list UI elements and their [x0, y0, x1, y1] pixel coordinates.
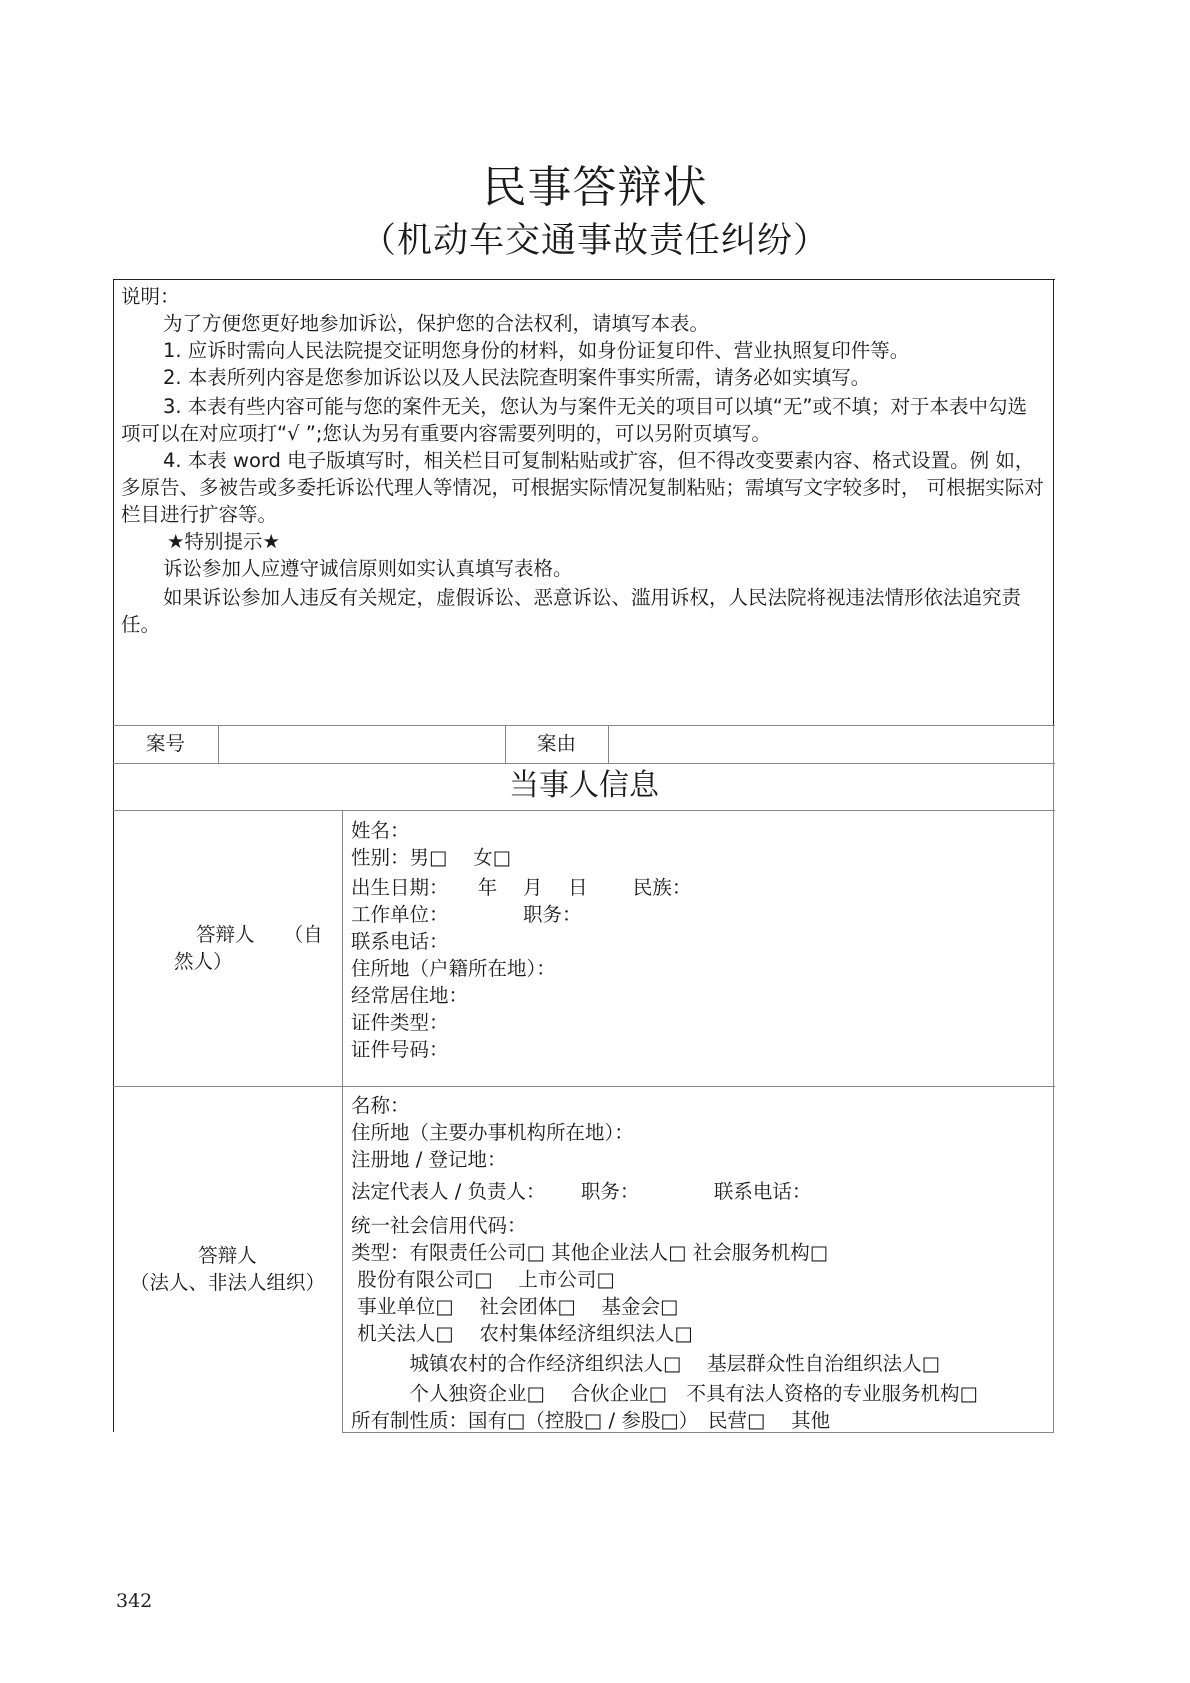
field-entity-type-cont[interactable]: 机关法人□ 农村集体经济组织法人□ [351, 1320, 1051, 1347]
field-gender[interactable]: 性别：男□ 女□ [351, 844, 1051, 871]
field-entity-type-cont[interactable]: 城镇农村的合作经济组织法人□ 基层群众性自治组织法人□ [351, 1350, 1051, 1377]
field-ownership[interactable]: 所有制性质：国有□（控股□ / 参股□） 民营□ 其他 [351, 1407, 1051, 1434]
row-divider [113, 763, 1055, 764]
instruction-item: 1. 应诉时需向人民法院提交证明您身份的材料，如身份证复印件、营业执照复印件等。 [121, 337, 1046, 364]
field-phone[interactable]: 联系电话： [351, 928, 1051, 955]
natural-person-label-line1: 答辩人 （自 [174, 921, 340, 948]
field-birthdate-ethnicity[interactable]: 出生日期： 年 月 日 民族： [351, 874, 1051, 901]
natural-person-label-line2: 然人） [174, 948, 340, 975]
field-credit-code[interactable]: 统一社会信用代码： [351, 1212, 1051, 1239]
document-subtitle: （机动车交通事故责任纠纷） [0, 218, 1190, 264]
field-entity-type-cont[interactable]: 事业单位□ 社会团体□ 基金会□ [351, 1293, 1051, 1320]
instruction-item: 4. 本表 word 电子版填写时，相关栏目可复制粘贴或扩容，但不得改变要素内容… [121, 447, 1046, 528]
field-entity-type[interactable]: 类型：有限责任公司□ 其他企业法人□ 社会服务机构□ [351, 1239, 1051, 1266]
table-bottom-border [342, 1432, 1054, 1433]
col-divider [608, 725, 609, 763]
table-right-border-lower [1053, 725, 1054, 1432]
party-section-title: 当事人信息 [113, 766, 1055, 806]
field-employer-position[interactable]: 工作单位： 职务： [351, 901, 1051, 928]
field-entity-address[interactable]: 住所地（主要办事机构所在地）： [351, 1119, 1051, 1146]
field-entity-type-cont[interactable]: 股份有限公司□ 上市公司□ [351, 1266, 1051, 1293]
field-id-type[interactable]: 证件类型： [351, 1009, 1051, 1036]
document-title: 民事答辩状 [0, 160, 1190, 216]
special-notice-line: 如果诉讼参加人违反有关规定，虚假诉讼、恶意诉讼、滥用诉权，人民法院将视违法情形依… [121, 584, 1046, 638]
instruction-item: 3. 本表有些内容可能与您的案件无关，您认为与案件无关的项目可以填“无”或不填；… [121, 393, 1046, 447]
instruction-item: 2. 本表所列内容是您参加诉讼以及人民法院查明案件事实所需，请务必如实填写。 [121, 364, 1046, 391]
instructions-block: 说明： 为了方便您更好地参加诉讼，保护您的合法权利，请填写本表。 1. 应诉时需… [121, 283, 1046, 638]
case-number-label: 案号 [113, 730, 218, 757]
special-notice-line: 诉讼参加人应遵守诚信原则如实认真填写表格。 [121, 555, 1046, 582]
field-id-number[interactable]: 证件号码： [351, 1036, 1051, 1063]
row-divider [113, 1086, 1055, 1087]
page-number: 342 [116, 1590, 152, 1612]
special-notice-title: ★特别提示★ [121, 528, 1046, 555]
legal-entity-fields: 名称： 住所地（主要办事机构所在地）： 注册地 / 登记地： 法定代表人 / 负… [351, 1092, 1051, 1434]
field-entity-type-cont[interactable]: 个人独资企业□ 合伙企业□ 不具有法人资格的专业服务机构□ [351, 1380, 1051, 1407]
field-registration-place[interactable]: 注册地 / 登记地： [351, 1146, 1051, 1173]
field-residence[interactable]: 住所地（户籍所在地）： [351, 955, 1051, 982]
field-entity-name[interactable]: 名称： [351, 1092, 1051, 1119]
natural-person-fields: 姓名： 性别：男□ 女□ 出生日期： 年 月 日 民族： 工作单位： 职务： 联… [351, 817, 1051, 1063]
legal-entity-label-line1: 答辩人 [113, 1242, 342, 1269]
table-right-border [1053, 279, 1054, 725]
field-name[interactable]: 姓名： [351, 817, 1051, 844]
table-top-border [113, 279, 1055, 280]
instructions-intro: 为了方便您更好地参加诉讼，保护您的合法权利，请填写本表。 [121, 310, 1046, 337]
row-divider [113, 725, 1055, 726]
field-legal-representative[interactable]: 法定代表人 / 负责人： 职务： 联系电话： [351, 1178, 1051, 1205]
col-divider [342, 810, 343, 1432]
field-habitual-residence[interactable]: 经常居住地： [351, 982, 1051, 1009]
legal-entity-label-line2: （法人、非法人组织） [113, 1269, 342, 1296]
row-divider [113, 810, 1055, 811]
col-divider [218, 725, 219, 763]
instructions-heading: 说明： [121, 283, 1046, 310]
natural-person-label: 答辩人 （自 然人） [174, 921, 340, 975]
case-cause-label: 案由 [505, 730, 608, 757]
legal-entity-label: 答辩人 （法人、非法人组织） [113, 1242, 342, 1296]
